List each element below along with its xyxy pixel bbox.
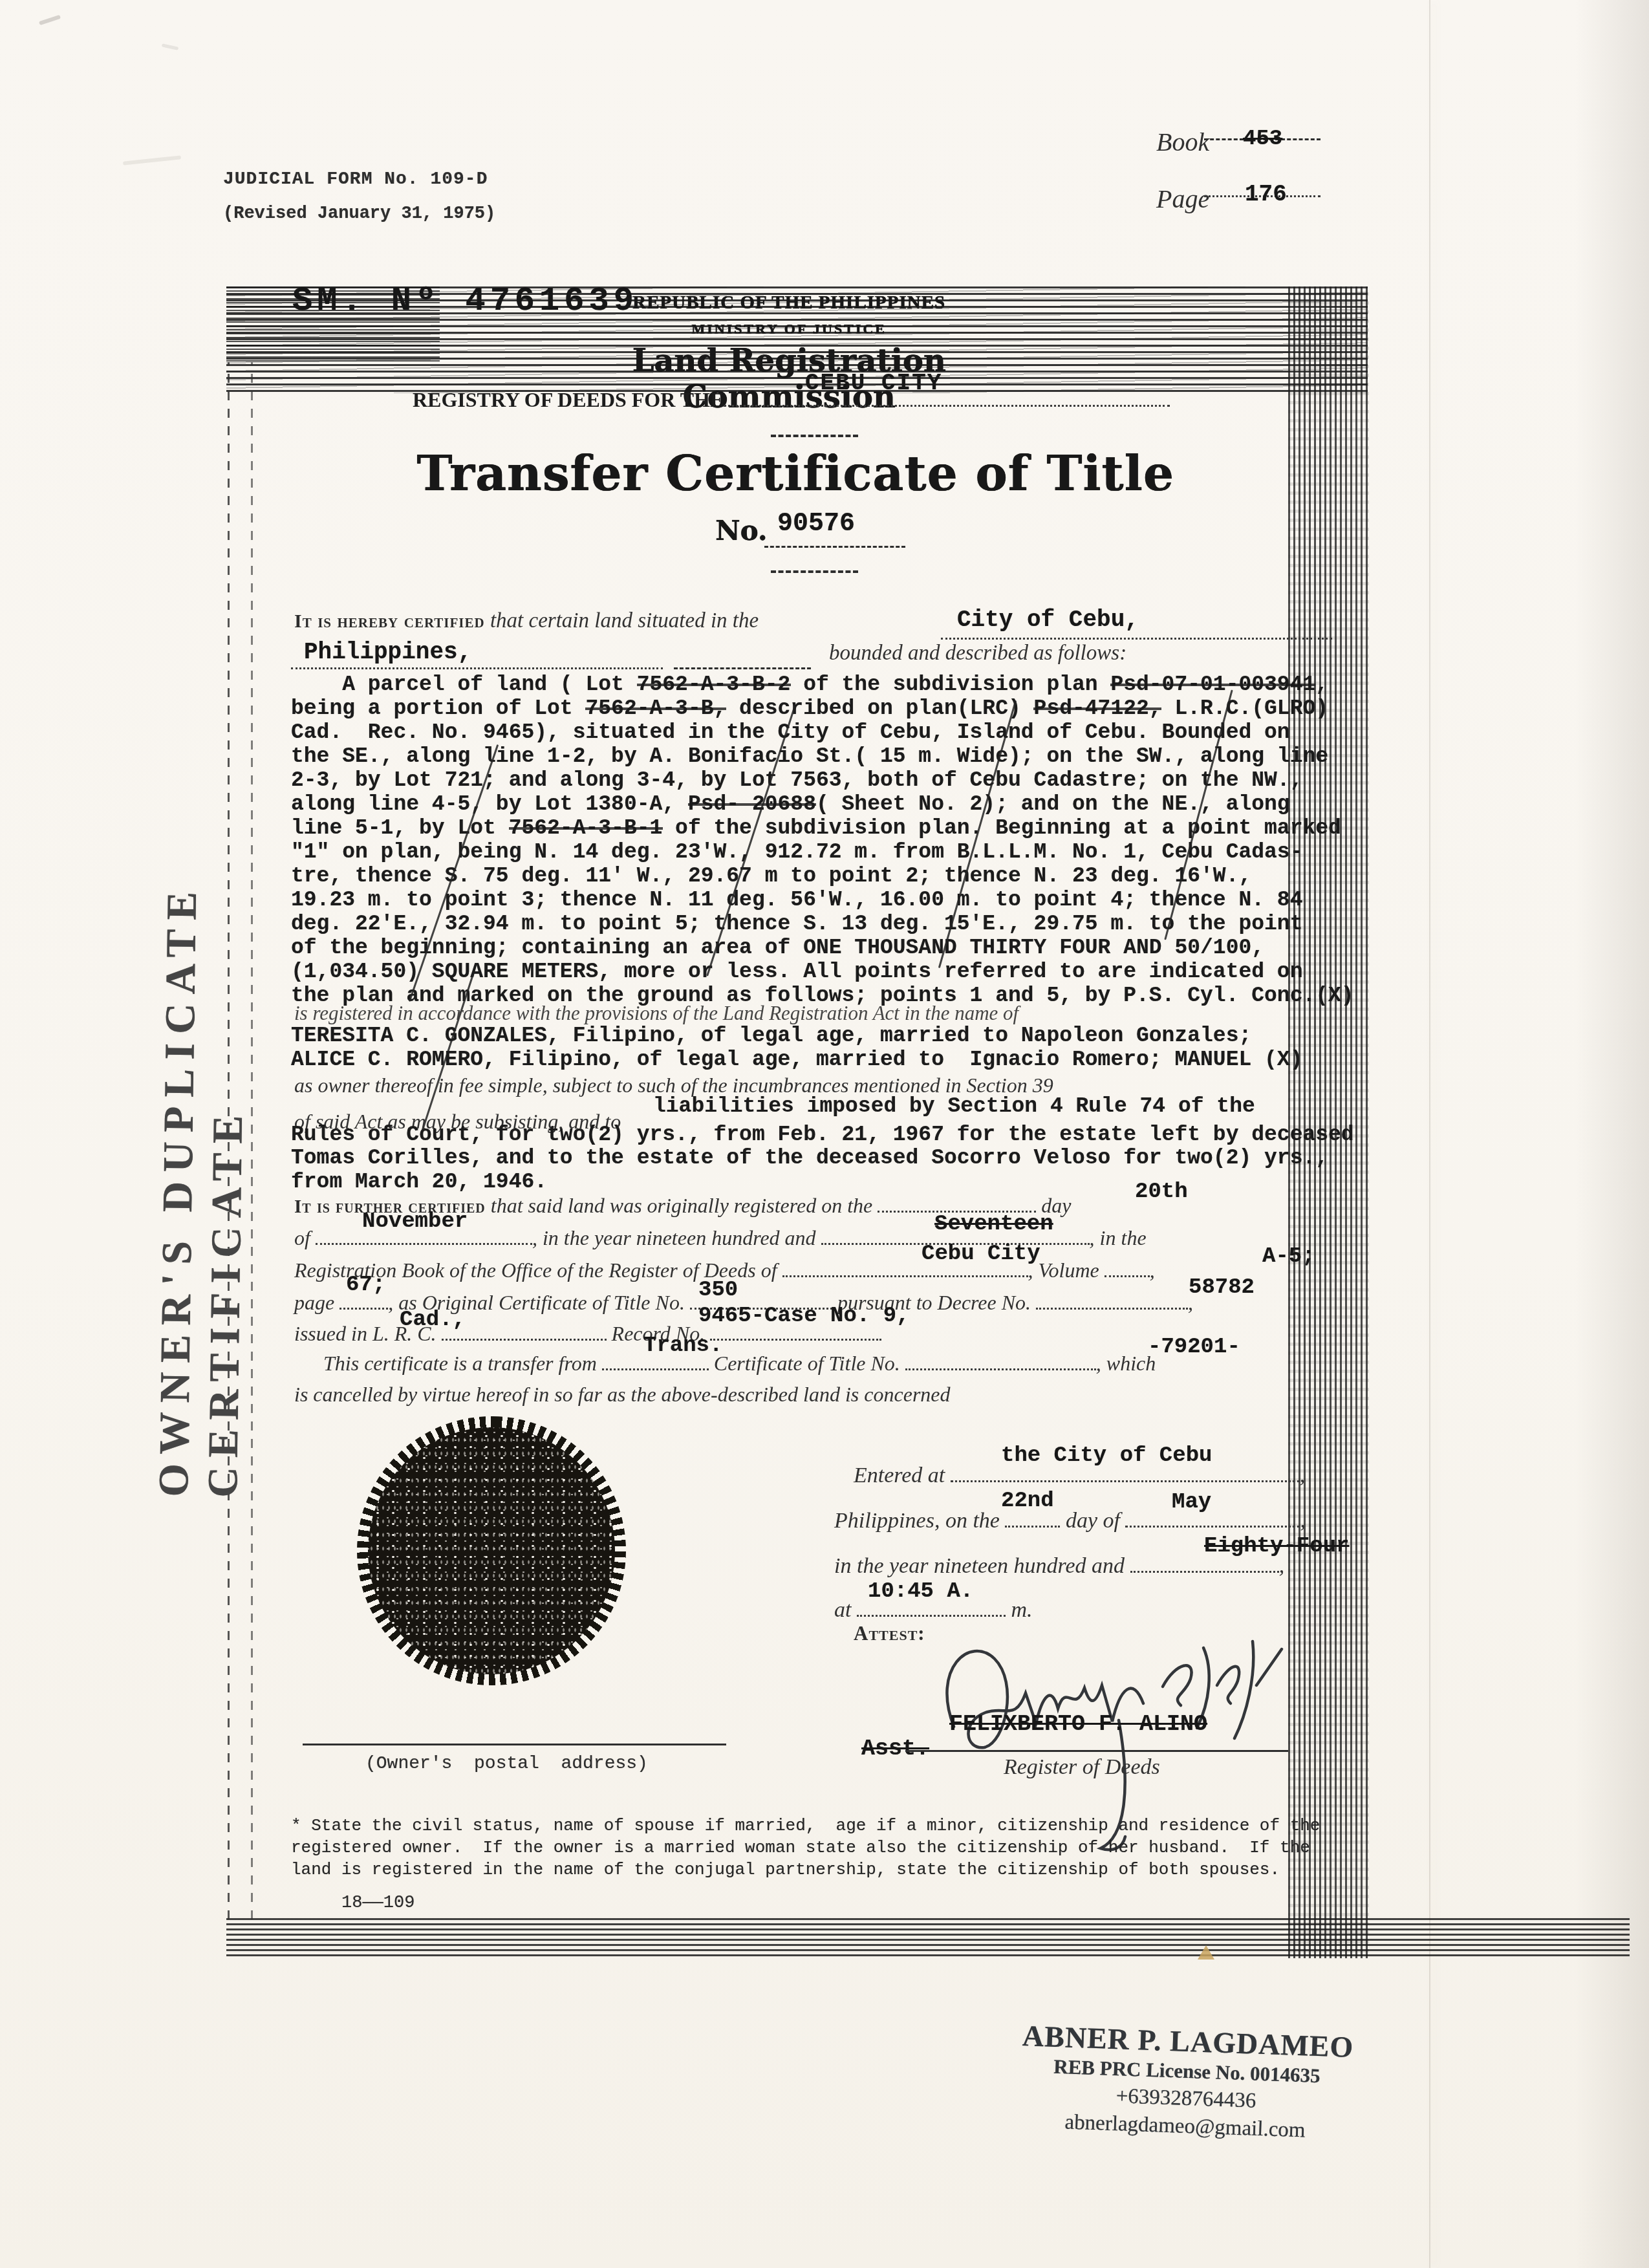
description-line: the SE., along line 1-2, by A. Bonifacio… — [291, 744, 1354, 768]
certificate-title: Transfer Certificate of Title — [401, 446, 1190, 502]
title-no-value: 90576 — [777, 510, 855, 539]
certify-country-dash — [674, 667, 811, 669]
cert-word: Certificate of Title No. — [709, 1352, 905, 1375]
owner-line: TERESITA C. GONZALES, Filipino, of legal… — [291, 1024, 1251, 1048]
entered-time-line: at m. — [834, 1597, 1033, 1623]
seal-core — [368, 1427, 615, 1674]
certify-city-underline — [941, 638, 1332, 640]
entered-year-line: in the year nineteen hundred and , — [834, 1553, 1284, 1579]
m-word: m. — [1006, 1598, 1033, 1622]
ministry-heading: MINISTRY OF JUSTICE — [621, 321, 957, 338]
cert-dotted-fill — [905, 1352, 1096, 1370]
lot-strike — [585, 707, 726, 710]
title-top-dash — [771, 435, 858, 437]
transfer-dotted-fill — [602, 1352, 709, 1370]
description-line: along line 4-5, by Lot 1380-A, Psd- 2068… — [291, 792, 1354, 816]
plan-strike — [1033, 707, 1161, 710]
liabilities-line: liabilities imposed by Section 4 Rule 74… — [653, 1094, 1255, 1118]
in-the: , in the — [1090, 1226, 1147, 1249]
certify-caps: It is hereby certified — [294, 610, 485, 632]
at-word: at — [834, 1598, 857, 1622]
rules-line: Rules of Court, for two(2) yrs., from Fe… — [291, 1123, 1354, 1147]
registrar-asst: Asst. — [861, 1736, 929, 1762]
description-line: Cad. Rec. No. 9465), situated in the Cit… — [291, 720, 1354, 744]
decree-dotted-fill — [1036, 1291, 1188, 1310]
signature-line — [905, 1750, 1288, 1752]
entered-time-dotted — [857, 1597, 1006, 1617]
form-code: 18——109 — [341, 1894, 415, 1913]
volume-fill: A-5; — [1262, 1244, 1315, 1269]
footnote-line: * State the civil status, name of spouse… — [291, 1815, 1320, 1837]
certify-city-fill: City of Cebu, — [957, 607, 1139, 633]
issued-dotted-fill — [442, 1323, 607, 1341]
dayof-word: day of — [1060, 1509, 1125, 1533]
pencil-smudge — [162, 43, 178, 50]
description-line: "1" on plan, being N. 14 deg. 23'W., 912… — [291, 840, 1354, 864]
of-word: of — [294, 1226, 316, 1249]
realtor-stamp: ABNER P. LAGDAMEO REB PRC License No. 00… — [1013, 2018, 1360, 2144]
registry-of-deeds-line: REGISTRY OF DEEDS FOR THE — [413, 388, 1170, 412]
which-word: , which — [1096, 1352, 1156, 1375]
entered-word: Entered at — [854, 1463, 951, 1487]
title-bottom-dash — [771, 570, 858, 573]
philippines-line: Philippines, on the day of , — [834, 1508, 1306, 1533]
philippines-word: Philippines, on the — [834, 1509, 1005, 1533]
pencil-smudge — [123, 155, 181, 165]
certify-bounded: bounded and described as follows: — [829, 642, 1126, 665]
transfer-word: This certificate is a transfer from — [323, 1352, 602, 1375]
book-value: 453 — [1243, 127, 1282, 151]
registrar-role: Register of Deeds — [1004, 1755, 1160, 1780]
registry-seal — [357, 1416, 626, 1685]
page-value: 176 — [1245, 181, 1287, 208]
rules-line: Tomas Corilles, and to the estate of the… — [291, 1146, 1328, 1170]
description-line: deg. 22'E., 32.94 m. to point 5; thence … — [291, 912, 1354, 936]
certify-rest: that certain land situated in the — [485, 609, 759, 632]
border-bottom-band — [226, 1918, 1630, 1957]
comma: , — [1279, 1554, 1285, 1578]
month-dotted-fill — [316, 1227, 532, 1245]
entered-line: Entered at , — [854, 1463, 1305, 1488]
registered-clause: is registered in accordance with the pro… — [294, 1002, 1018, 1025]
owners-duplicate-side-label: OWNER'S DUPLICATE CERTIFICATE — [149, 475, 248, 1498]
plan-strike — [688, 803, 816, 806]
further-line-5: issued in L. R. C. Record No. — [294, 1322, 881, 1346]
description-line: of the beginning; containing an area of … — [291, 936, 1354, 960]
postal-address-line — [303, 1744, 726, 1745]
title-no-underline — [764, 546, 905, 548]
further-rest: that said land was originally registered… — [486, 1194, 878, 1217]
scanned-certificate-page: JUDICIAL FORM No. 109-D (Revised January… — [0, 0, 1649, 2268]
description-line: (1,034.50) SQUARE METERS, more or less. … — [291, 960, 1354, 984]
postal-address-caption: (Owner's postal address) — [365, 1754, 648, 1774]
republic-heading: REPUBLIC OF THE PHILIPPINES — [621, 292, 957, 314]
decree-fill: 58782 — [1189, 1275, 1255, 1300]
day-dotted-fill — [878, 1194, 1036, 1213]
comma: , — [1150, 1258, 1155, 1282]
pencil-smudge — [39, 15, 61, 25]
comma: , — [1188, 1291, 1193, 1314]
judicial-form-number: JUDICIAL FORM No. 109-D — [223, 169, 488, 189]
volume-dotted-fill — [1105, 1259, 1150, 1277]
entered-month-dotted — [1125, 1508, 1300, 1528]
certify-line-1: It is hereby certified that certain land… — [294, 609, 759, 633]
entered-year-dotted — [1130, 1553, 1279, 1573]
description-line: being a portion of Lot 7562-A-3-B, descr… — [291, 697, 1354, 720]
issued-word: issued in L. R. C. — [294, 1322, 442, 1345]
page-word: page — [294, 1291, 339, 1314]
land-description: A parcel of land ( Lot 7562-A-3-B-2 of t… — [291, 673, 1354, 1008]
further-line-6: This certificate is a transfer from Cert… — [323, 1352, 1156, 1376]
footnote-line: land is registered in the name of the co… — [291, 1859, 1320, 1881]
certify-country-underline — [291, 667, 663, 669]
comma: , — [1300, 1463, 1306, 1487]
title-no-label: No. — [715, 515, 767, 546]
rules-line: from March 20, 1946. — [291, 1170, 547, 1194]
registry-dotted-fill — [724, 389, 1170, 407]
page-dotted-fill — [339, 1291, 388, 1310]
footnote: * State the civil status, name of spouse… — [291, 1815, 1320, 1881]
registrar-name: FELIXBERTO F. ALINO — [949, 1711, 1207, 1737]
cert-fill: -79201- — [1148, 1335, 1240, 1359]
record-dotted-fill — [710, 1323, 881, 1341]
description-line: 2-3, by Lot 721; and along 3-4, by Lot 7… — [291, 768, 1354, 792]
plan-strike — [1110, 684, 1315, 686]
lot-strike — [509, 827, 663, 830]
description-line: 19.23 m. to point 3; thence N. 11 deg. 5… — [291, 888, 1354, 912]
entered-day-dotted — [1005, 1508, 1060, 1528]
cancelled-clause: is cancelled by virtue hereof in so far … — [294, 1383, 951, 1407]
comma: , — [1300, 1509, 1306, 1533]
serial-number: SM. Nº 4761639 — [292, 282, 638, 320]
volume-word: , Volume — [1028, 1258, 1105, 1282]
year-text: , in the year nineteen hundred and — [532, 1226, 821, 1249]
registry-of-deeds-label: REGISTRY OF DEEDS FOR THE — [413, 388, 724, 411]
footnote-line: registered owner. If the owner is a marr… — [291, 1837, 1320, 1859]
entered-year-word: in the year nineteen hundred and — [834, 1554, 1130, 1578]
regbook-dotted-fill — [782, 1259, 1028, 1277]
owner-line: ALICE C. ROMERO, Filipino, of legal age,… — [291, 1048, 1302, 1072]
page-label: Page — [1156, 184, 1209, 214]
entered-dotted-fill — [951, 1463, 1300, 1482]
lot-strike — [637, 684, 791, 686]
book-label: Book — [1156, 127, 1209, 157]
certify-country-fill: Philippines, — [304, 639, 471, 665]
day-fill: 20th — [1135, 1180, 1188, 1204]
judicial-form-revision: (Revised January 31, 1975) — [223, 204, 495, 224]
attest-label: Attest: — [854, 1622, 925, 1645]
